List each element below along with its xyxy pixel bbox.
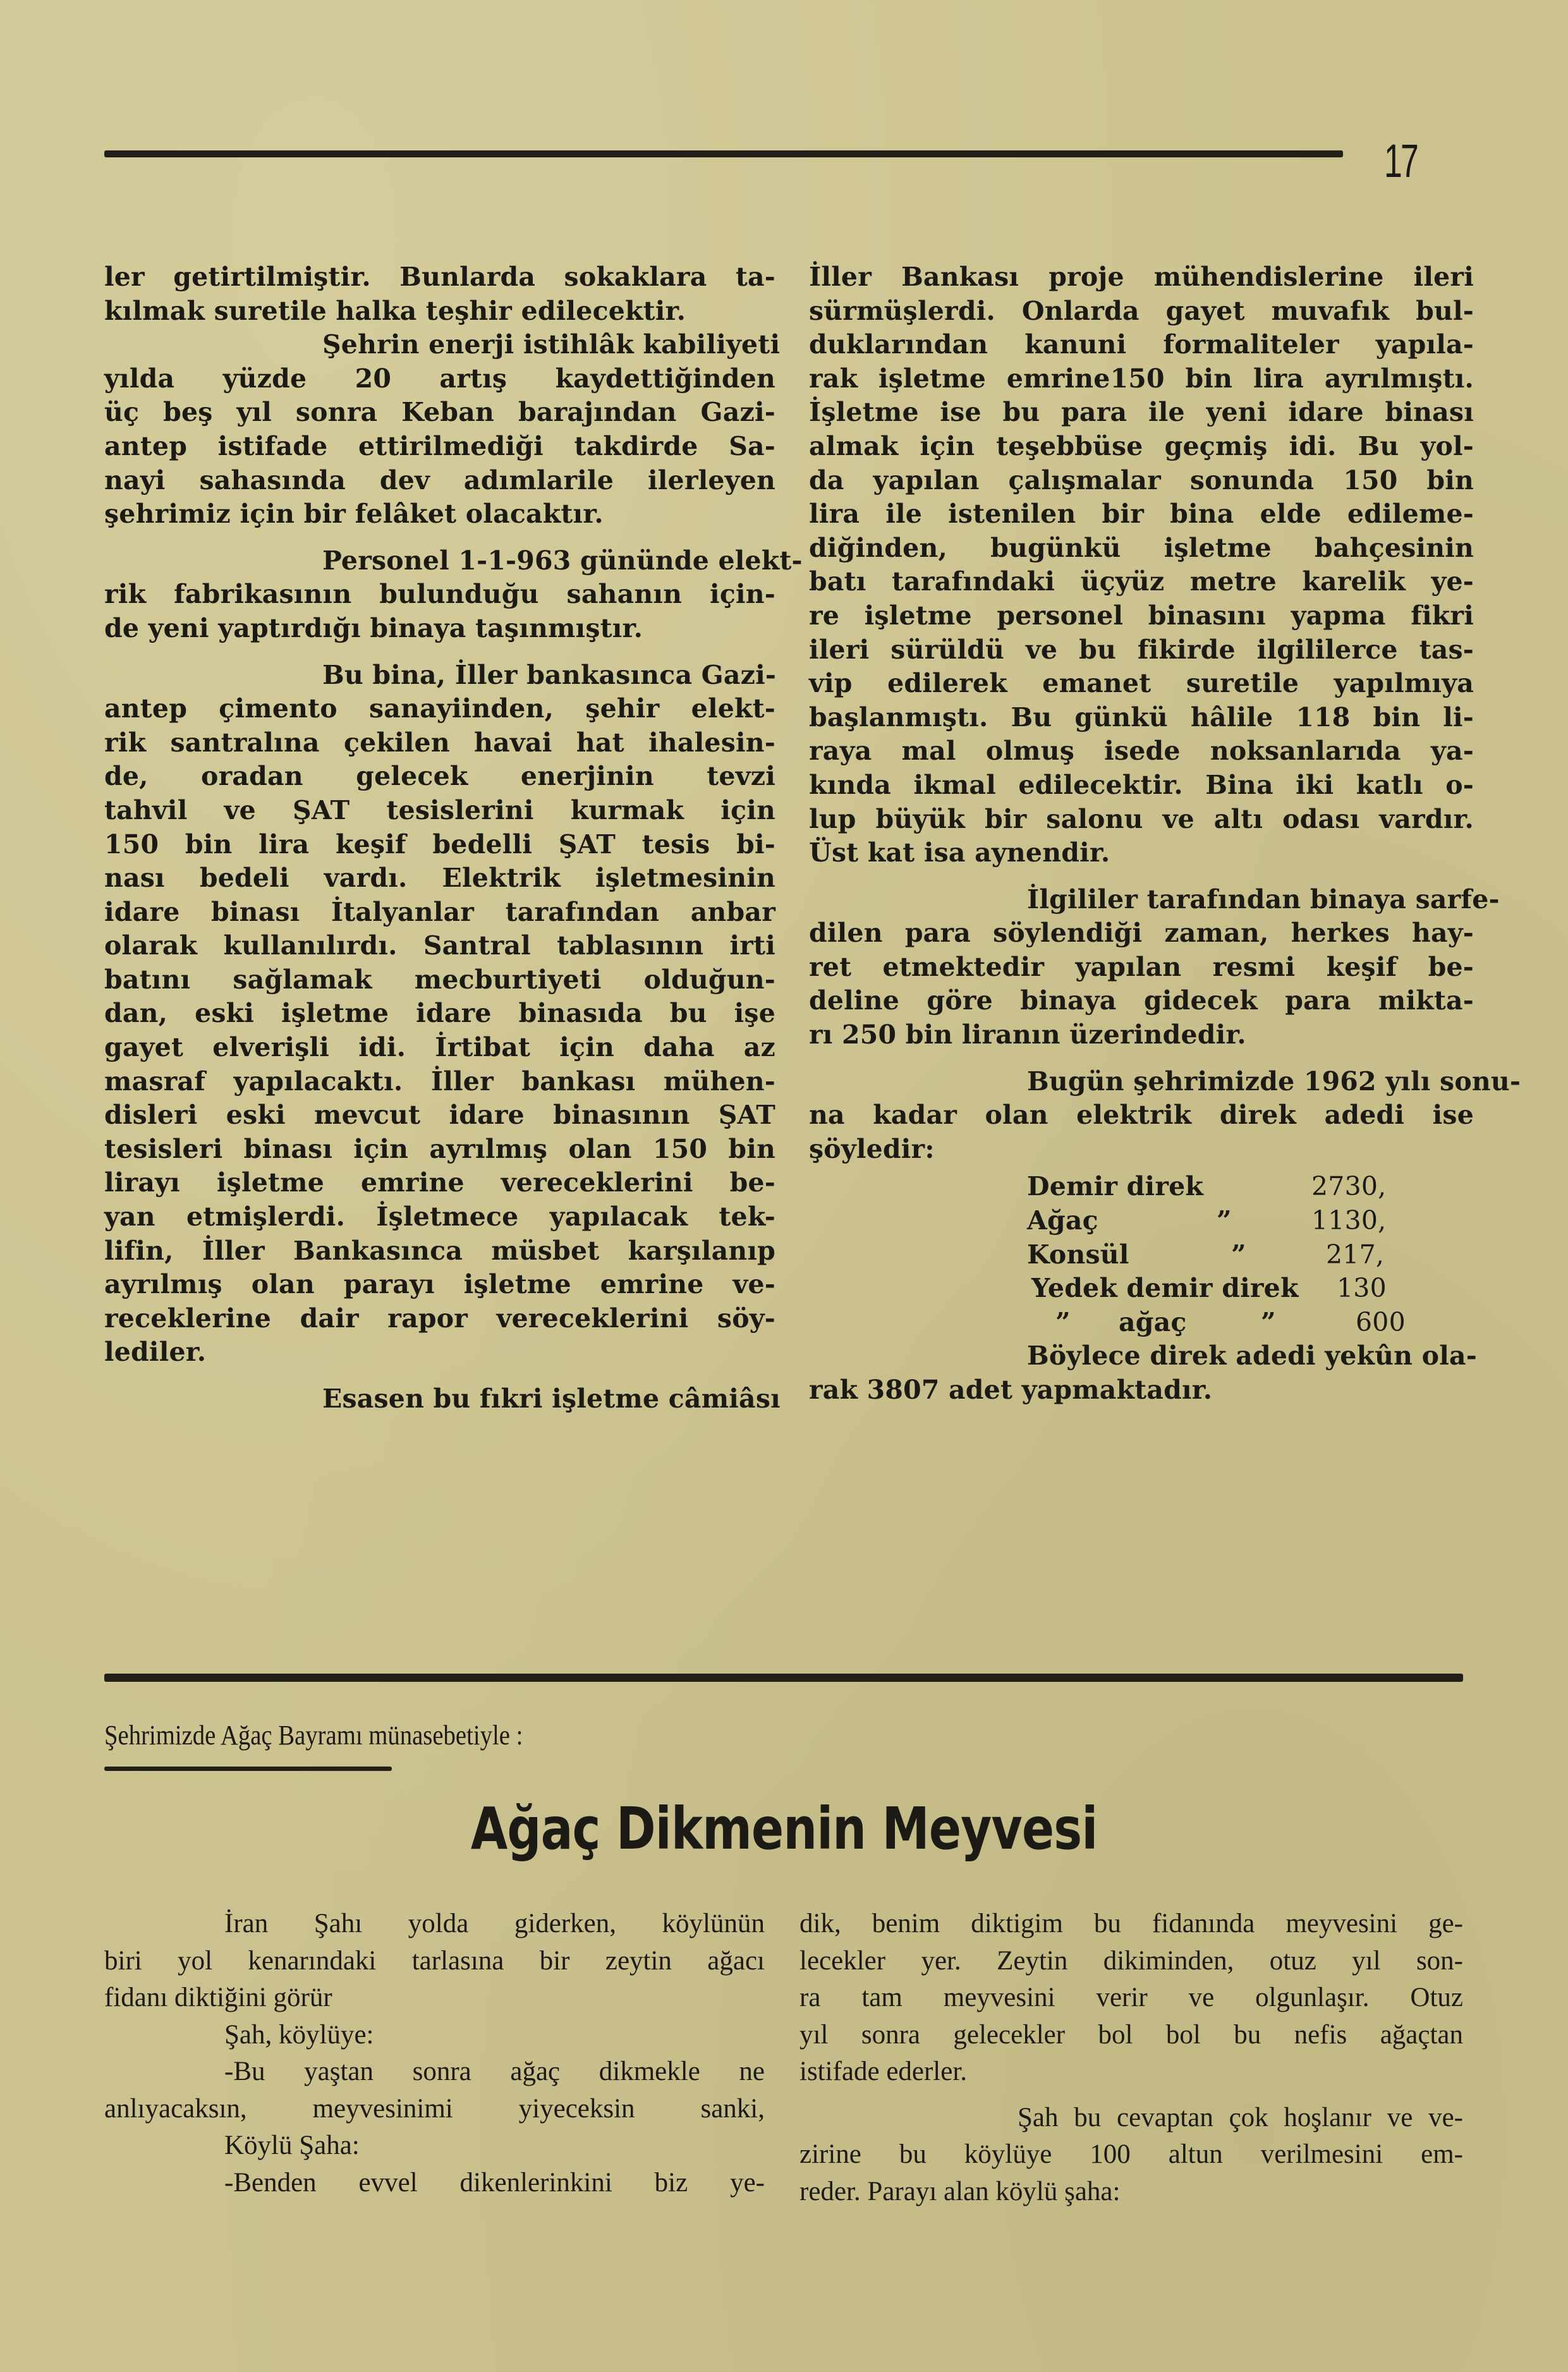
text-line: ler getirtilmiştir. Bunlarda sokaklara t… <box>104 260 775 295</box>
text-line: Köylü Şaha: <box>104 2127 765 2165</box>
text-line: lirayı işletme emrine vereceklerini be- <box>104 1166 775 1200</box>
text-line: İller Bankası proje mühendislerine ileri <box>809 260 1474 295</box>
text-line: almak için teşebbüse geçmiş idi. Bu yol- <box>809 430 1474 464</box>
text-line: -Benden evvel dikenlerinkini biz ye- <box>104 2165 765 2202</box>
pole-count-value: 600 <box>1356 1306 1406 1340</box>
text-line: diğinden, bugünkü işletme bahçesinin <box>809 532 1474 566</box>
pole-count-value: 1130, <box>1311 1204 1386 1238</box>
article1-right-column: İller Bankası proje mühendislerine ileri… <box>809 260 1474 1408</box>
pole-list-row: ”ağaç”600 <box>809 1306 1474 1340</box>
article2-right-column: dik, benim diktigim bu fidanında meyvesi… <box>799 1906 1463 2210</box>
ditto-mark: ” <box>1055 1306 1071 1340</box>
text-line: kında ikmal edilecektir. Bina iki katlı … <box>809 769 1474 803</box>
text-line: raya mal olmuş isede noksanlarıda ya- <box>809 734 1474 769</box>
text-line: yan etmişlerdi. İşletmece yapılacak tek- <box>104 1200 775 1234</box>
pole-type-label: ağaç <box>1119 1306 1187 1340</box>
text-line: ileri sürüldü ve bu fikirde ilgililerce … <box>809 633 1474 667</box>
pole-list-row: Demir direk2730, <box>809 1170 1474 1204</box>
text-line: disleri eski mevcut idare binasının ŞAT <box>104 1098 775 1133</box>
text-line: anlıyacaksın, meyvesinimi yiyeceksin san… <box>104 2091 765 2128</box>
text-line: dilen para söylendiği zaman, herkes hay- <box>809 916 1474 951</box>
article2-left-column: İran Şahı yolda giderken, köylününbiri y… <box>104 1906 765 2201</box>
text-line: yılda yüzde 20 artış kaydettiğinden <box>104 362 775 396</box>
text-line: Üst kat isa aynendir. <box>809 836 1474 870</box>
text-line: Böylece direk adedi yekûn ola- <box>809 1339 1474 1373</box>
text-line: batı tarafındaki üçyüz metre karelik ye- <box>809 565 1474 599</box>
text-line: nayi sahasında dev adımlarile ilerleyen <box>104 464 775 498</box>
text-line: Personel 1-1-963 gününde elekt- <box>104 544 775 578</box>
text-line: lifin, İller Bankasınca müsbet karşılanı… <box>104 1234 775 1268</box>
pole-type-label: Konsül <box>1027 1238 1129 1272</box>
text-line: kılmak suretile halka teşhir edilecektir… <box>104 295 775 329</box>
pole-type-label: Yedek demir direk <box>1031 1272 1299 1306</box>
text-line: rak 3807 adet yapmaktadır. <box>809 1373 1474 1408</box>
text-line: da yapılan çalışmalar sonunda 150 bin <box>809 464 1474 498</box>
text-line: sürmüşlerdi. Onlarda gayet muvafık bul- <box>809 295 1474 329</box>
pole-list-row: Konsül”217, <box>809 1238 1474 1272</box>
pole-type-label: Ağaç <box>1027 1204 1098 1238</box>
text-line: ret etmektedir yapılan resmi keşif be- <box>809 951 1474 985</box>
text-line: Şah, köylüye: <box>104 2017 765 2054</box>
text-line: rak işletme emrine150 bin lira ayrılmışt… <box>809 362 1474 396</box>
pole-type-label: Demir direk <box>1027 1170 1203 1204</box>
text-line: vip edilerek emanet suretile yapılmıya <box>809 667 1474 701</box>
text-line: deline göre binaya gidecek para mikta- <box>809 984 1474 1018</box>
article2-title: Ağaç Dikmenin Meyvesi <box>0 1795 1568 1863</box>
text-line: tahvil ve ŞAT tesislerini kurmak için <box>104 794 775 828</box>
header-rule <box>104 150 1343 157</box>
ditto-mark: ” <box>1261 1306 1276 1340</box>
text-line: yıl sonra gelecekler bol bol bu nefis ağ… <box>799 2017 1463 2054</box>
text-line: na kadar olan elektrik direk adedi ise <box>809 1098 1474 1133</box>
text-line: masraf yapılacaktı. İller bankası mühen- <box>104 1065 775 1099</box>
text-line: Bu bina, İller bankasınca Gazi- <box>104 659 775 693</box>
text-line: antep çimento sanayiinden, şehir elekt- <box>104 692 775 726</box>
article2-title-text: Ağaç Dikmenin Meyvesi <box>471 1795 1098 1863</box>
text-line: İlgililer tarafından binaya sarfe- <box>809 883 1474 917</box>
text-line: üç beş yıl sonra Keban barajından Gazi- <box>104 396 775 430</box>
ditto-mark: ” <box>1217 1204 1232 1238</box>
text-line: re işletme personel binasını yapma fikri <box>809 599 1474 633</box>
text-line: başlanmıştı. Bu günkü hâlile 118 bin li- <box>809 701 1474 735</box>
text-line: antep istifade ettirilmediği takdirde Sa… <box>104 430 775 464</box>
pole-list-row: Ağaç”1130, <box>809 1204 1474 1238</box>
article2-kicker: Şehrimizde Ağaç Bayramı münasebetiyle : <box>104 1719 523 1751</box>
ditto-mark: ” <box>1231 1238 1246 1272</box>
text-line: nası bedeli vardı. Elektrik işletmesinin <box>104 861 775 896</box>
text-line: 150 bin lira keşif bedelli ŞAT tesis bi- <box>104 828 775 862</box>
text-line: dik, benim diktigim bu fidanında meyvesi… <box>799 1906 1463 1943</box>
text-line: İşletme ise bu para ile yeni idare binas… <box>809 396 1474 430</box>
text-line: reder. Parayı alan köylü şaha: <box>799 2174 1463 2211</box>
text-line: -Bu yaştan sonra ağaç dikmekle ne <box>104 2053 765 2091</box>
text-line: şöyledir: <box>809 1133 1474 1167</box>
text-line: Esasen bu fıkri işletme câmiâsı <box>104 1382 775 1416</box>
text-line: lira ile istenilen bir bina elde edileme… <box>809 497 1474 532</box>
text-line: idare binası İtalyanlar tarafından anbar <box>104 896 775 930</box>
text-line: lediler. <box>104 1335 775 1370</box>
page-number: 17 <box>1384 134 1417 188</box>
text-line: lup büyük bir salonu ve altı odası vardı… <box>809 803 1474 837</box>
text-line: İran Şahı yolda giderken, köylünün <box>104 1906 765 1943</box>
pole-count-value: 2730, <box>1311 1170 1386 1204</box>
article1-left-column: ler getirtilmiştir. Bunlarda sokaklara t… <box>104 260 775 1416</box>
text-line: duklarından kanuni formaliteler yapıla- <box>809 328 1474 362</box>
text-line: dan, eski işletme idare binasıda bu işe <box>104 997 775 1031</box>
text-line: olarak kullanılırdı. Santral tablasının … <box>104 929 775 963</box>
text-line: gayet elverişli idi. İrtibat için daha a… <box>104 1031 775 1065</box>
text-line: tesisleri binası için ayrılmış olan 150 … <box>104 1133 775 1167</box>
text-line: zirine bu köylüye 100 altun verilmesini … <box>799 2136 1463 2174</box>
text-line: Bugün şehrimizde 1962 yılı sonu- <box>809 1065 1474 1099</box>
text-line: Şehrin enerji istihlâk kabiliyeti <box>104 328 775 362</box>
pole-count-value: 217, <box>1326 1238 1384 1272</box>
text-line: ra tam meyvesini verir ve olgunlaşır. Ot… <box>799 1980 1463 2017</box>
text-line: de yeni yaptırdığı binaya taşınmıştır. <box>104 612 775 646</box>
section-divider-rule <box>104 1674 1463 1682</box>
text-line: rik santralına çekilen havai hat ihalesi… <box>104 726 775 760</box>
text-line: batını sağlamak mecburtiyeti olduğun- <box>104 963 775 997</box>
kicker-underline-rule <box>104 1767 392 1771</box>
text-line: şehrimiz için bir felâket olacaktır. <box>104 497 775 532</box>
text-line: Şah bu cevaptan çok hoşlanır ve ve- <box>799 2100 1463 2137</box>
text-line: istifade ederler. <box>799 2053 1463 2091</box>
text-line: receklerine dair rapor vereceklerini söy… <box>104 1302 775 1336</box>
text-line: fidanı diktiğini görür <box>104 1980 765 2017</box>
text-line: rı 250 bin liranın üzerindedir. <box>809 1018 1474 1052</box>
pole-list-row: Yedek demir direk130 <box>809 1272 1474 1306</box>
text-line: de, oradan gelecek enerjinin tevzi <box>104 760 775 794</box>
text-line: lecekler yer. Zeytin dikiminden, otuz yı… <box>799 1943 1463 1980</box>
text-line: rik fabrikasının bulunduğu sahanın için- <box>104 578 775 612</box>
pole-count-value: 130 <box>1337 1272 1387 1306</box>
text-line: biri yol kenarındaki tarlasına bir zeyti… <box>104 1943 765 1980</box>
text-line: ayrılmış olan parayı işletme emrine ve- <box>104 1268 775 1302</box>
